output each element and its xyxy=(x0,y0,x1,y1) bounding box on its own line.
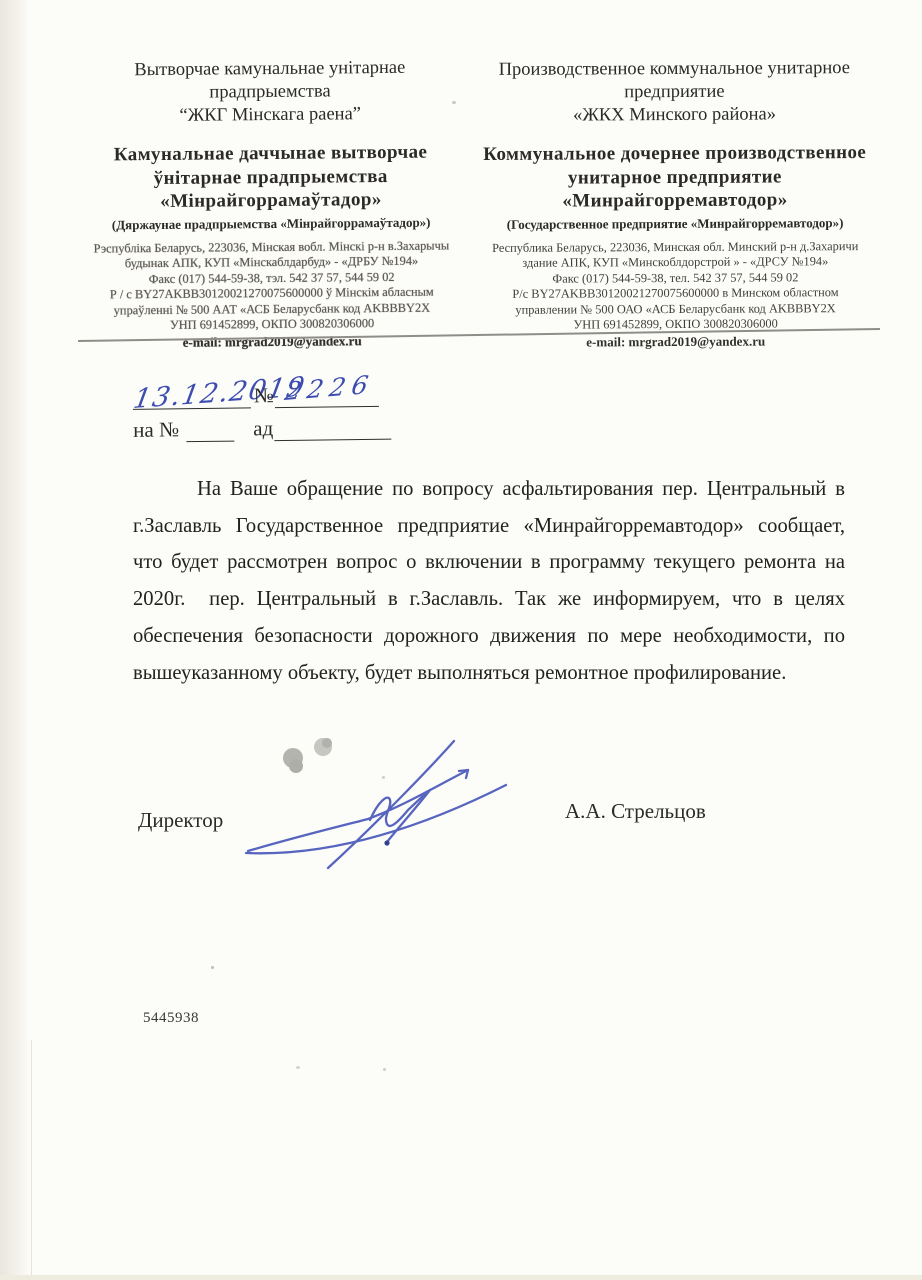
enterprise-name-line: ўнітарнае прадпрыемства xyxy=(72,164,470,191)
reply-date-underline xyxy=(274,439,391,441)
letterhead-left-column: Вытворчае камунальнае унітарнае прадпрые… xyxy=(71,56,472,351)
reply-from-label: ад xyxy=(253,416,273,441)
org-name-line: “ЖКГ Мінскага раена” xyxy=(71,102,469,128)
org-name-line: «ЖКХ Минского района» xyxy=(467,103,881,128)
scan-speck xyxy=(383,1068,386,1071)
enterprise-name-block: Коммунальное дочернее производственное у… xyxy=(468,141,882,232)
enterprise-name-line: Камунальнае даччынае вытворчае xyxy=(71,140,469,167)
scan-edge-shadow xyxy=(0,0,30,1280)
scan-bottom-edge xyxy=(0,1275,922,1280)
address-line: управлении № 500 ОАО «АСБ Беларусбанк ко… xyxy=(469,301,883,319)
enterprise-name-block: Камунальнае даччынае вытворчае ўнітарнае… xyxy=(71,140,470,232)
handwritten-number: 2226 xyxy=(283,370,377,406)
number-sign-label: № xyxy=(254,383,274,408)
scanned-letter-page: Вытворчае камунальнае унітарнае прадпрые… xyxy=(0,0,922,1280)
body-line: г.Заславль Государственное предприятие «… xyxy=(133,508,845,545)
address-line: здание АПК, КУП «Минскоблдорстрой » - «Д… xyxy=(468,254,882,272)
number-underline xyxy=(275,406,379,408)
email-line: e-mail: mrgrad2019@yandex.ru xyxy=(469,333,883,351)
body-line: На Ваше обращение по вопросу асфальтиров… xyxy=(133,471,845,508)
reply-to-label: на № xyxy=(133,417,179,443)
reply-number-underline xyxy=(186,441,234,443)
handwritten-signature xyxy=(218,722,510,880)
body-line: обеспечения безопасности дорожного движе… xyxy=(133,618,845,655)
letterhead-right-column: Производственное коммунальное унитарное … xyxy=(467,57,883,351)
scan-speck xyxy=(382,776,385,779)
body-line: что будет рассмотрен вопрос о включении … xyxy=(133,544,845,581)
enterprise-name-line: Коммунальное дочернее производственное xyxy=(468,141,882,167)
ink-smudge xyxy=(283,738,332,773)
scan-speck xyxy=(452,101,456,104)
document-code: 5445938 xyxy=(143,1010,199,1027)
ink-dot xyxy=(384,840,389,845)
org-name-line: прадпрыемства xyxy=(71,79,469,105)
scan-edge-line xyxy=(31,1040,32,1280)
org-name-line: Вытворчае камунальнае унітарнае xyxy=(71,56,469,82)
signer-title: Директор xyxy=(138,808,223,833)
enterprise-name-line: унитарное предприятие xyxy=(468,164,882,190)
enterprise-name-line: «Мінрайгоррамаўтадор» xyxy=(72,187,470,214)
enterprise-name-line: «Минрайгорремавтодор» xyxy=(468,188,882,214)
letter-body: На Ваше обращение по вопросу асфальтиров… xyxy=(133,471,845,691)
enterprise-subname: (Дяржаунае прадпрыемства «Мінрайгоррамаў… xyxy=(72,214,470,232)
org-name-line: Производственное коммунальное унитарное xyxy=(467,57,881,82)
org-name-line: предприятие xyxy=(467,80,881,105)
scan-speck xyxy=(296,1066,300,1069)
signer-name: А.А. Стрельцов xyxy=(565,799,706,824)
scan-speck xyxy=(211,966,214,969)
body-line: 2020г. пер. Центральный в г.Заславль. Та… xyxy=(133,581,845,618)
reference-block: 13.12.2019 № 2226 на № ад xyxy=(133,374,434,448)
enterprise-subname: (Государственное предприятие «Минрайгорр… xyxy=(468,214,882,231)
body-line: вышеуказанному объекту, будет выполнятьс… xyxy=(133,655,845,692)
